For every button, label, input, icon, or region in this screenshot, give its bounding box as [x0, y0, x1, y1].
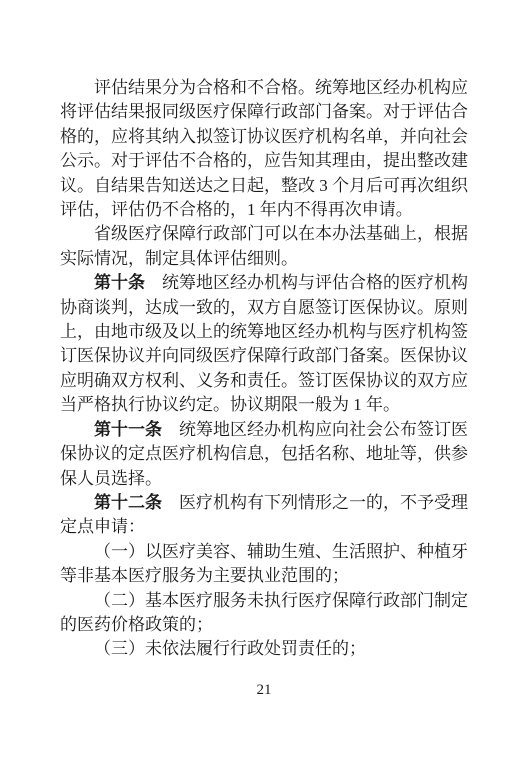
paragraph-text: （二）基本医疗服务未执行医疗保障行政部门制定的医药价格政策的；: [60, 591, 468, 634]
article-number: 第十二条: [94, 493, 162, 512]
page-number: 21: [0, 681, 528, 699]
article-number: 第十条: [94, 273, 145, 292]
list-item: （三）未依法履行行政处罚责任的；: [60, 637, 468, 661]
paragraph: 评估结果分为合格和不合格。统筹地区经办机构应将评估结果报同级医疗保障行政部门备案…: [60, 76, 468, 222]
paragraph-text: 省级医疗保障行政部门可以在本办法基础上，根据实际情况，制定具体评估细则。: [60, 224, 468, 267]
paragraph: 第十条统筹地区经办机构与评估合格的医疗机构协商谈判，达成一致的，双方自愿签订医保…: [60, 271, 468, 417]
list-item: （一）以医疗美容、辅助生殖、生活照护、种植牙等非基本医疗服务为主要执业范围的；: [60, 540, 468, 589]
paragraph-text: （三）未依法履行行政处罚责任的；: [94, 639, 366, 658]
list-item: （二）基本医疗服务未执行医疗保障行政部门制定的医药价格政策的；: [60, 589, 468, 638]
paragraph: 省级医疗保障行政部门可以在本办法基础上，根据实际情况，制定具体评估细则。: [60, 222, 468, 271]
article-number: 第十一条: [94, 420, 162, 439]
paragraph: 第十一条统筹地区经办机构应向社会公布签订医保协议的定点医疗机构信息，包括名称、地…: [60, 418, 468, 491]
paragraph-text: 评估结果分为合格和不合格。统筹地区经办机构应将评估结果报同级医疗保障行政部门备案…: [60, 78, 468, 219]
document-page: 评估结果分为合格和不合格。统筹地区经办机构应将评估结果报同级医疗保障行政部门备案…: [0, 0, 528, 767]
paragraph: 第十二条医疗机构有下列情形之一的，不予受理定点申请：: [60, 491, 468, 540]
paragraph-text: （一）以医疗美容、辅助生殖、生活照护、种植牙等非基本医疗服务为主要执业范围的；: [60, 542, 468, 585]
document-body: 评估结果分为合格和不合格。统筹地区经办机构应将评估结果报同级医疗保障行政部门备案…: [60, 76, 468, 662]
paragraph-text: 统筹地区经办机构与评估合格的医疗机构协商谈判，达成一致的，双方自愿签订医保协议。…: [60, 273, 468, 414]
